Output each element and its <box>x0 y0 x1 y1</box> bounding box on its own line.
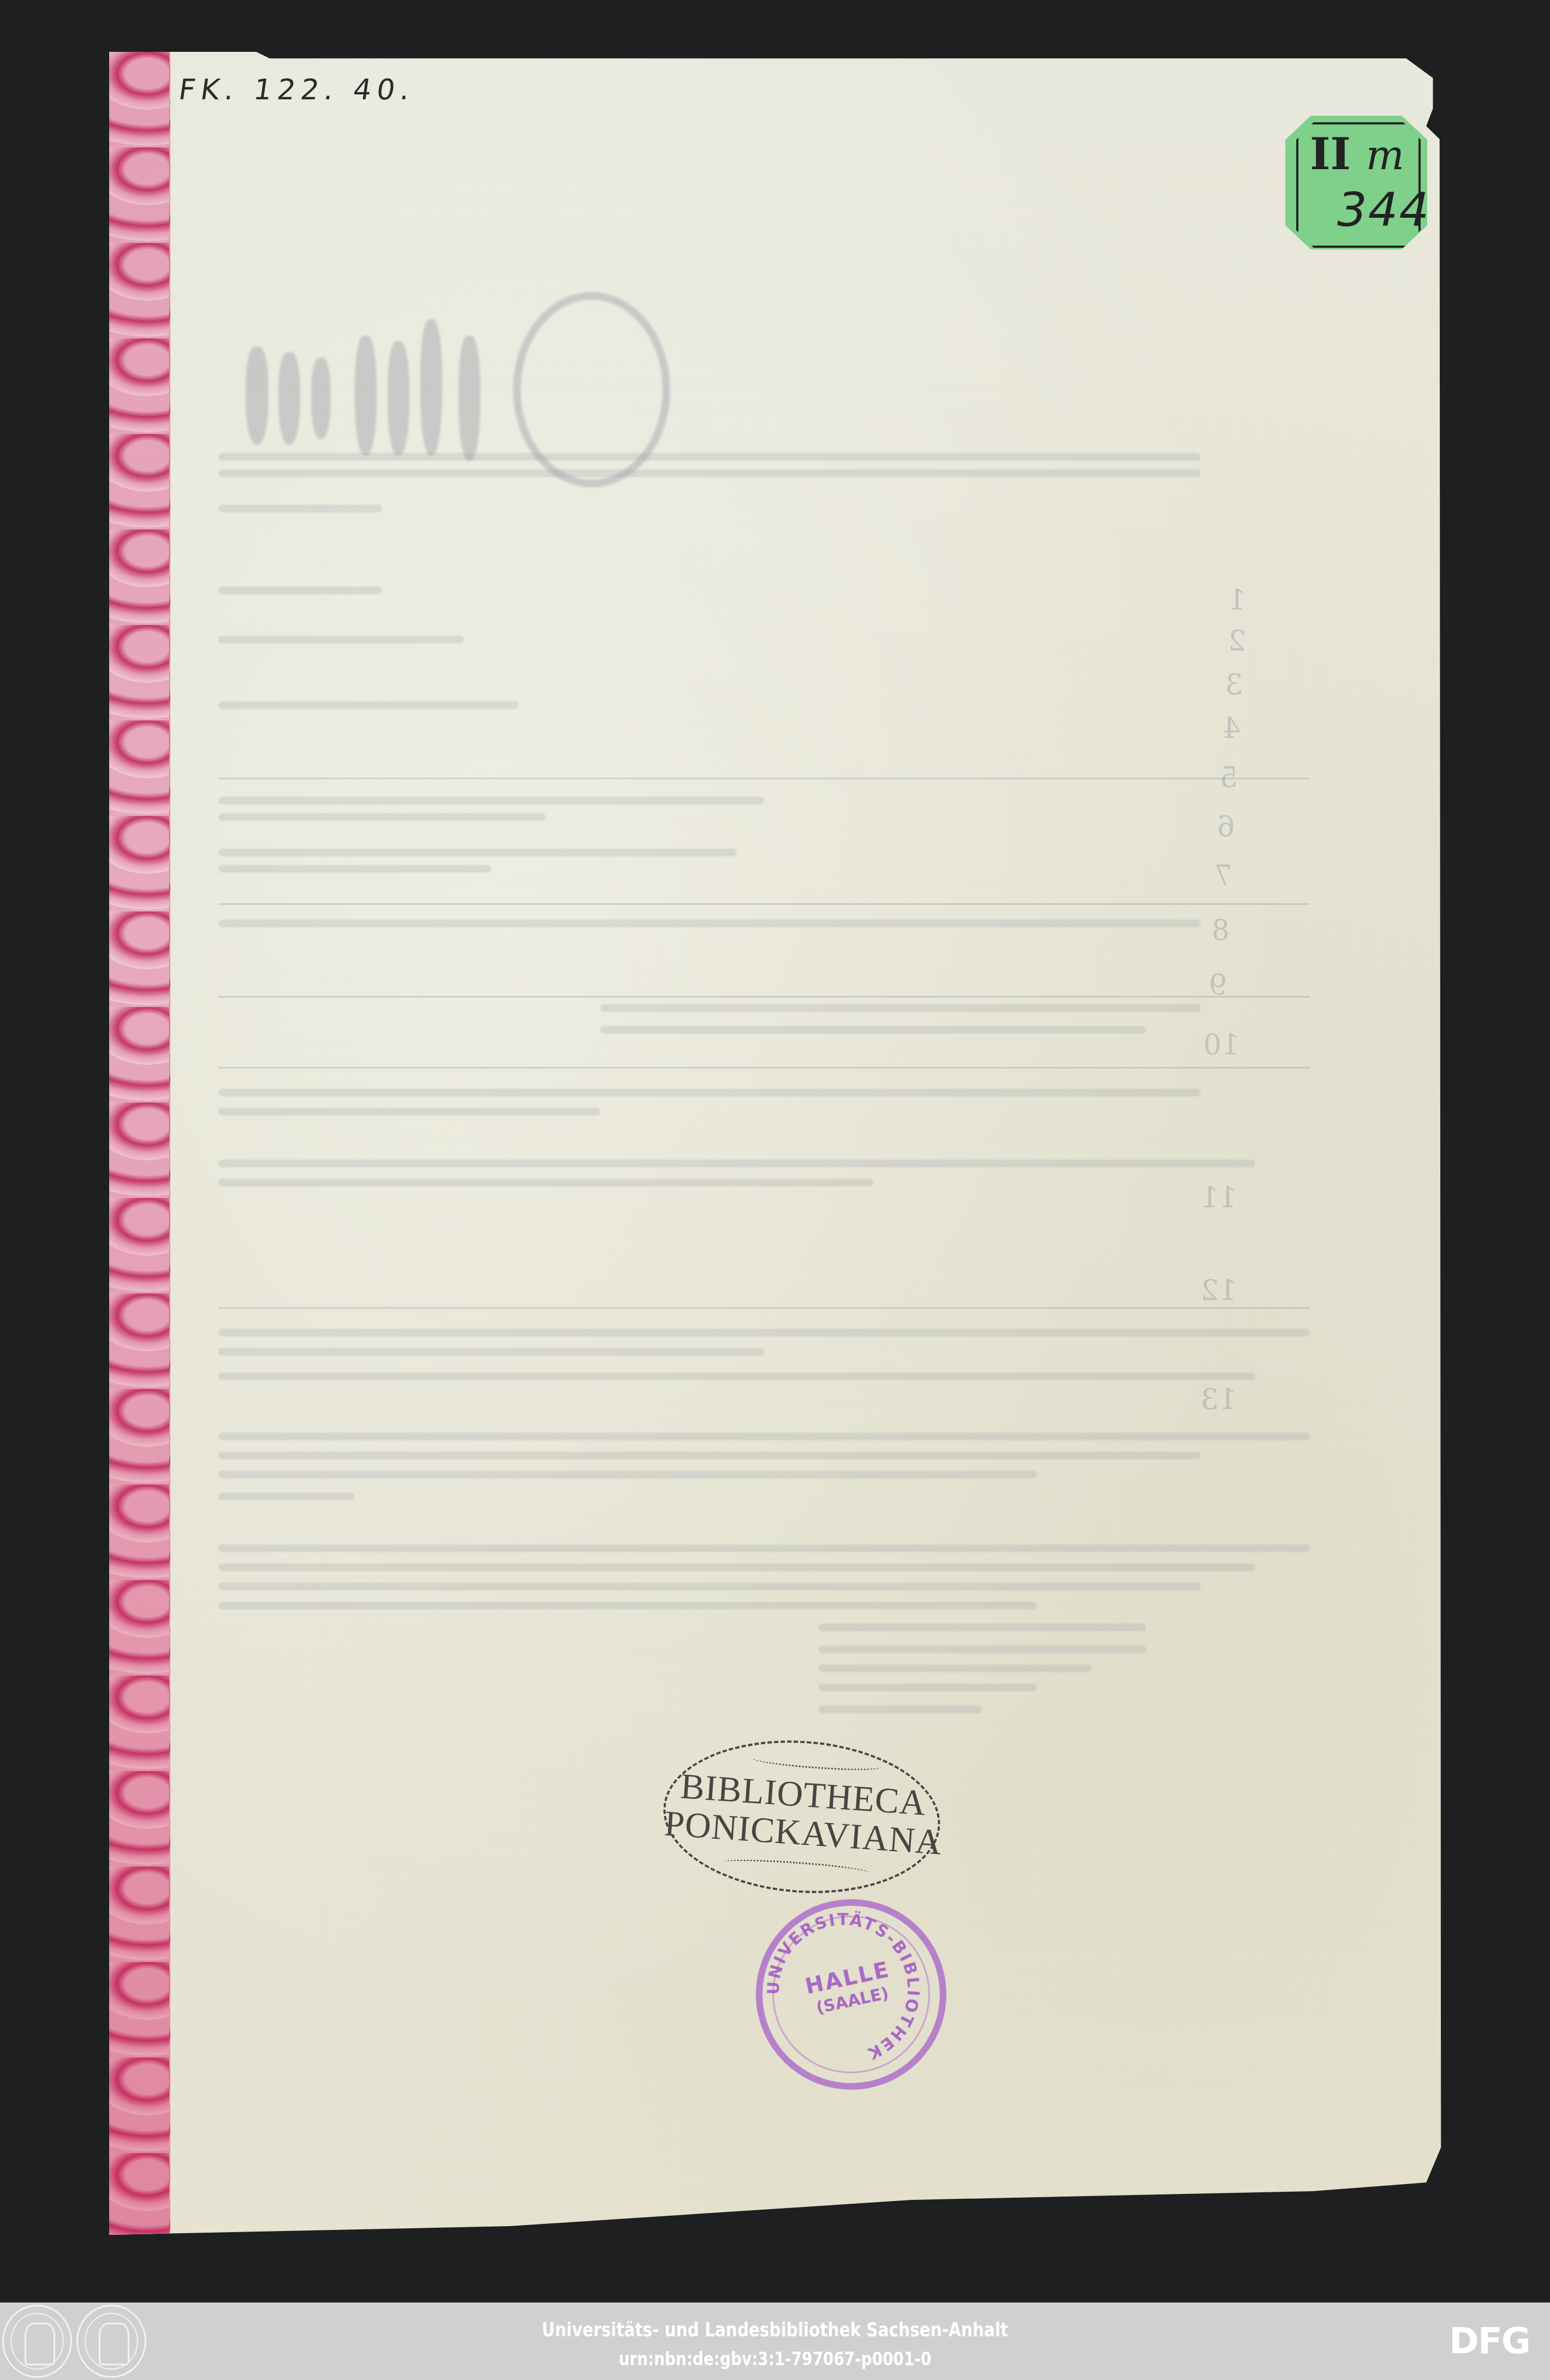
seal-icon <box>76 2305 146 2378</box>
mirrored-title-show-through <box>229 254 884 516</box>
dfg-logo: DFG <box>1449 2323 1530 2359</box>
university-seals-logo <box>2 2305 150 2378</box>
stamp-ornament-bottom <box>722 1857 869 1878</box>
urn-identifier: urn:nbn:de:gbv:3:1-797067-p0001-0 <box>140 2348 1411 2370</box>
reverse-side-show-through: 1 2 3 4 5 6 7 8 9 10 11 12 13 <box>109 52 1446 2235</box>
handwritten-shelf-mark: FK. 122. 40. <box>177 74 418 106</box>
scan-viewport: 1 2 3 4 5 6 7 8 9 10 11 12 13 FK. 122. 4… <box>0 0 1550 2303</box>
institution-name: Universitäts- und Landesbibliothek Sachs… <box>140 2319 1411 2341</box>
call-number-label: IIm 344 <box>1285 116 1427 249</box>
call-number-line-2: 344 <box>1337 187 1430 234</box>
call-number-roman: II <box>1310 128 1351 180</box>
document-page: 1 2 3 4 5 6 7 8 9 10 11 12 13 <box>109 52 1446 2235</box>
marbled-binding-strip <box>109 52 170 2235</box>
stamp-ornament-top <box>751 1751 883 1773</box>
seal-icon <box>2 2305 72 2378</box>
call-number-script: m <box>1366 132 1404 179</box>
call-number-line-1: IIm <box>1310 132 1404 176</box>
library-footer-bar: Universitäts- und Landesbibliothek Sachs… <box>0 2303 1550 2380</box>
